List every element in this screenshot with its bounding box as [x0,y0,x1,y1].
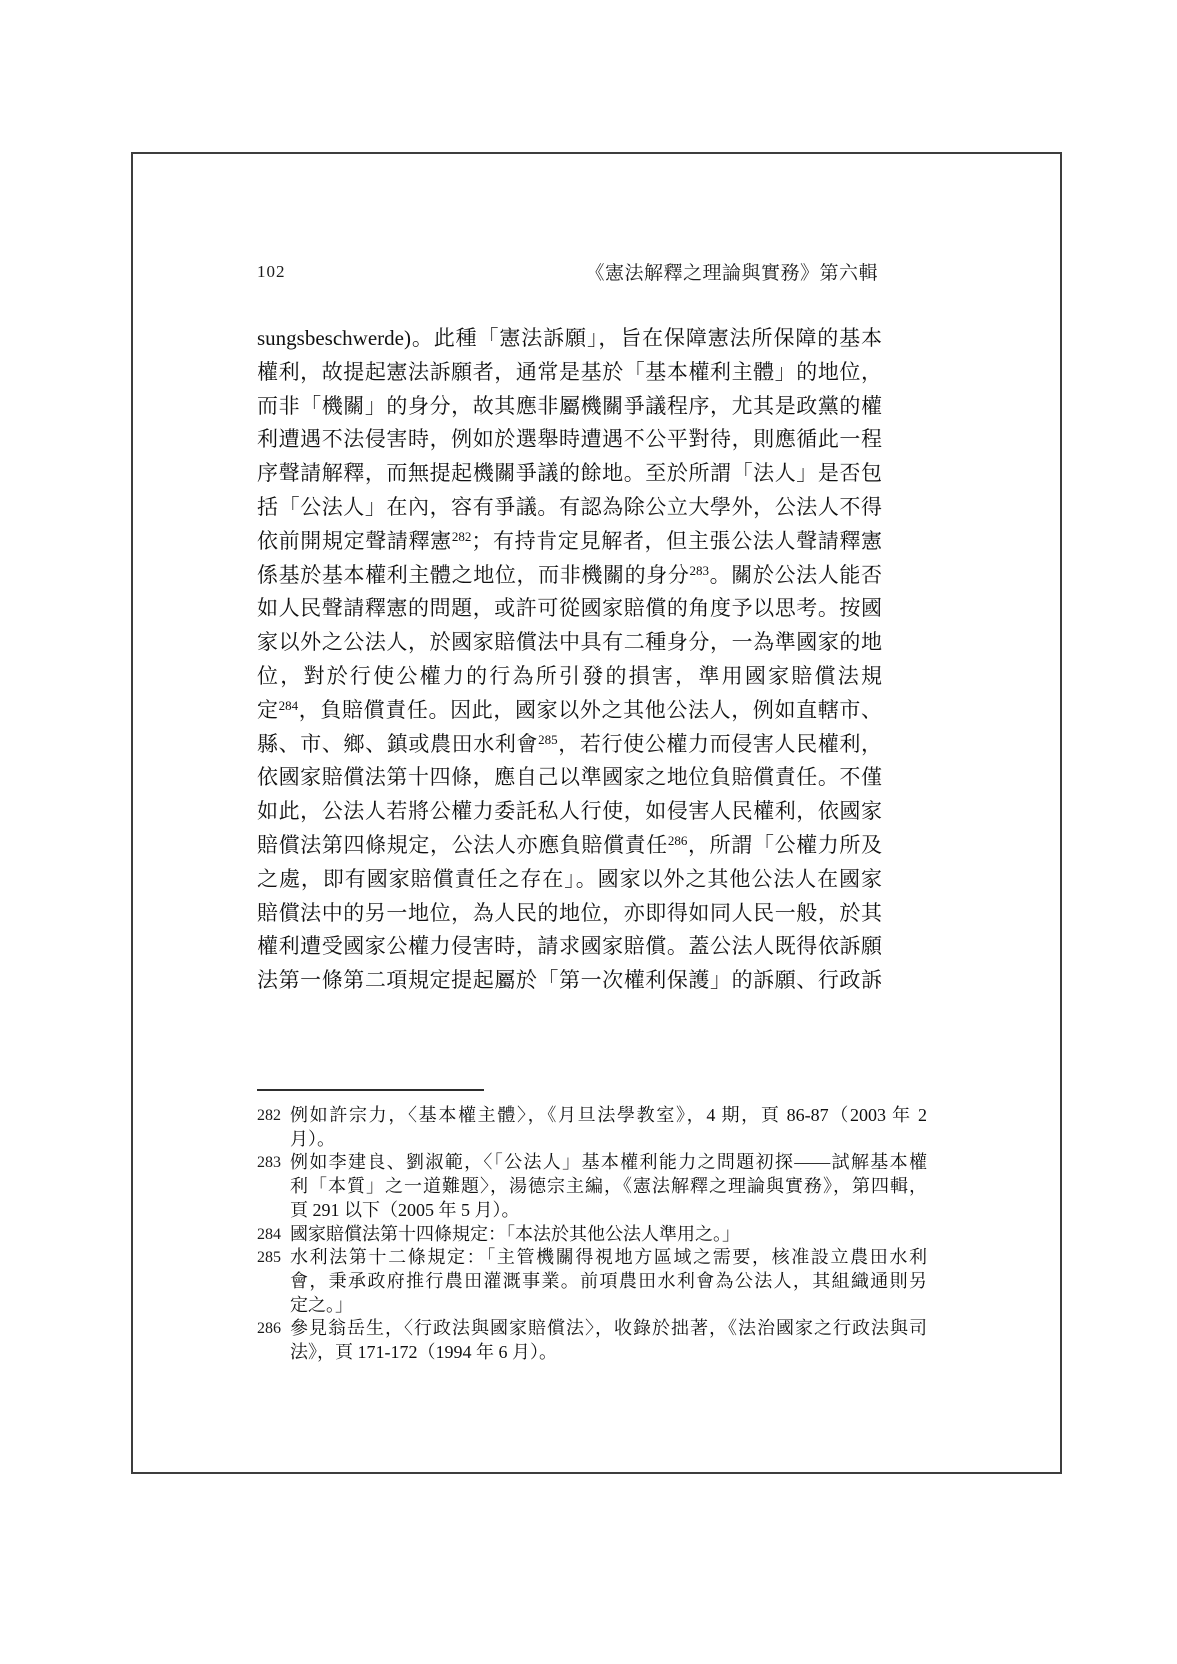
footnote-line: 月）。 [290,1128,927,1152]
footnotes: 282例如許宗力，〈基本權主體〉，《月旦法學教室》，4 期，頁 86-87（20… [257,1104,929,1365]
footnote-ref: 283 [690,563,710,578]
body-line: 依國家賠償法第十四條，應自己以準國家之地位負賠償責任。不僅 [257,761,882,795]
footnote-line: 水利法第十二條規定：「主管機關得視地方區域之需要，核准設立農田水利 [290,1246,927,1270]
body-line: 賠償法第四條規定，公法人亦應負賠償責任286，所謂「公權力所及 [257,829,882,863]
running-header-title: 《憲法解釋之理論與實務》第六輯 [585,258,878,285]
footnote-text: 參見翁岳生，〈行政法與國家賠償法〉，收錄於拙著，《法治國家之行政法與司法》，頁 … [290,1317,927,1364]
body-line: 依前開規定聲請釋憲282；有持肯定見解者，但主張公法人聲請釋憲 [257,525,882,559]
footnote: 283例如李建良、劉淑範，〈「公法人」基本權利能力之問題初探——試解基本權利「本… [257,1151,929,1222]
footnote-line: 例如許宗力，〈基本權主體〉，《月旦法學教室》，4 期，頁 86-87（2003 … [290,1104,927,1128]
footnote-line: 國家賠償法第十四條規定：「本法於其他公法人準用之。」 [290,1223,927,1247]
body-line: 之處，即有國家賠償責任之存在」。國家以外之其他公法人在國家 [257,863,882,897]
book-page: 102 《憲法解釋之理論與實務》第六輯 sungsbeschwerde)。此種「… [131,152,1062,1474]
footnote-line: 例如李建良、劉淑範，〈「公法人」基本權利能力之問題初探——試解基本權 [290,1151,927,1175]
footnote-number: 286 [257,1317,290,1341]
footnote-ref: 286 [668,833,688,848]
footnote-text: 例如李建良、劉淑範，〈「公法人」基本權利能力之問題初探——試解基本權利「本質」之… [290,1151,927,1222]
footnote-separator-rule [257,1089,484,1091]
scanned-page-canvas: { "page": { "number": "102", "header": "… [0,0,1177,1664]
footnote-number: 284 [257,1223,290,1247]
body-line: 如人民聲請釋憲的問題，或許可從國家賠償的角度予以思考。按國 [257,592,882,626]
body-line: 縣、市、鄉、鎮或農田水利會285，若行使公權力而侵害人民權利， [257,728,882,762]
footnote-ref: 285 [538,732,558,747]
footnote: 282例如許宗力，〈基本權主體〉，《月旦法學教室》，4 期，頁 86-87（20… [257,1104,929,1151]
body-line: 係基於基本權利主體之地位，而非機關的身分283。關於公法人能否 [257,559,882,593]
body-line: 而非「機關」的身分，故其應非屬機關爭議程序，尤其是政黨的權 [257,390,882,424]
body-line: 權利，故提起憲法訴願者，通常是基於「基本權利主體」的地位， [257,356,882,390]
footnote-ref: 282 [452,529,472,544]
footnote-number: 285 [257,1246,290,1270]
page-number: 102 [257,262,286,282]
body-line: 賠償法中的另一地位，為人民的地位，亦即得如同人民一般，於其 [257,897,882,931]
body-line: 序聲請解釋，而無提起機關爭議的餘地。至於所謂「法人」是否包 [257,457,882,491]
body-text: sungsbeschwerde)。此種「憲法訴願」，旨在保障憲法所保障的基本權利… [257,322,882,998]
body-line: 家以外之公法人，於國家賠償法中具有二種身分，一為準國家的地 [257,626,882,660]
footnote: 285水利法第十二條規定：「主管機關得視地方區域之需要，核准設立農田水利會，秉承… [257,1246,929,1317]
footnote-ref: 284 [279,698,299,713]
footnote-text: 水利法第十二條規定：「主管機關得視地方區域之需要，核准設立農田水利會，秉承政府推… [290,1246,927,1317]
body-line: sungsbeschwerde)。此種「憲法訴願」，旨在保障憲法所保障的基本 [257,322,882,356]
footnote-number: 282 [257,1104,290,1128]
footnote-line: 頁 291 以下（2005 年 5 月）。 [290,1199,927,1223]
footnote-line: 參見翁岳生，〈行政法與國家賠償法〉，收錄於拙著，《法治國家之行政法與司 [290,1317,927,1341]
body-line: 括「公法人」在內，容有爭議。有認為除公立大學外，公法人不得 [257,491,882,525]
footnote-text: 例如許宗力，〈基本權主體〉，《月旦法學教室》，4 期，頁 86-87（2003 … [290,1104,927,1151]
body-line: 定284，負賠償責任。因此，國家以外之其他公法人，例如直轄市、 [257,694,882,728]
body-line: 權利遭受國家公權力侵害時，請求國家賠償。蓋公法人既得依訴願 [257,930,882,964]
footnote-line: 利「本質」之一道難題〉，湯德宗主編，《憲法解釋之理論與實務》，第四輯， [290,1175,927,1199]
footnote-line: 定之。」 [290,1294,927,1318]
footnote: 286參見翁岳生，〈行政法與國家賠償法〉，收錄於拙著，《法治國家之行政法與司法》… [257,1317,929,1364]
footnote-number: 283 [257,1151,290,1175]
body-line: 位，對於行使公權力的行為所引發的損害，準用國家賠償法規 [257,660,882,694]
footnote-text: 國家賠償法第十四條規定：「本法於其他公法人準用之。」 [290,1223,927,1247]
footnote-line: 會，秉承政府推行農田灌溉事業。前項農田水利會為公法人，其組織通則另 [290,1270,927,1294]
footnote-line: 法》，頁 171-172（1994 年 6 月）。 [290,1341,927,1365]
body-line: 法第一條第二項規定提起屬於「第一次權利保護」的訴願、行政訴 [257,964,882,998]
footnote: 284國家賠償法第十四條規定：「本法於其他公法人準用之。」 [257,1223,929,1247]
body-line: 利遭遇不法侵害時，例如於選舉時遭遇不公平對待，則應循此一程 [257,423,882,457]
body-line: 如此，公法人若將公權力委託私人行使，如侵害人民權利，依國家 [257,795,882,829]
